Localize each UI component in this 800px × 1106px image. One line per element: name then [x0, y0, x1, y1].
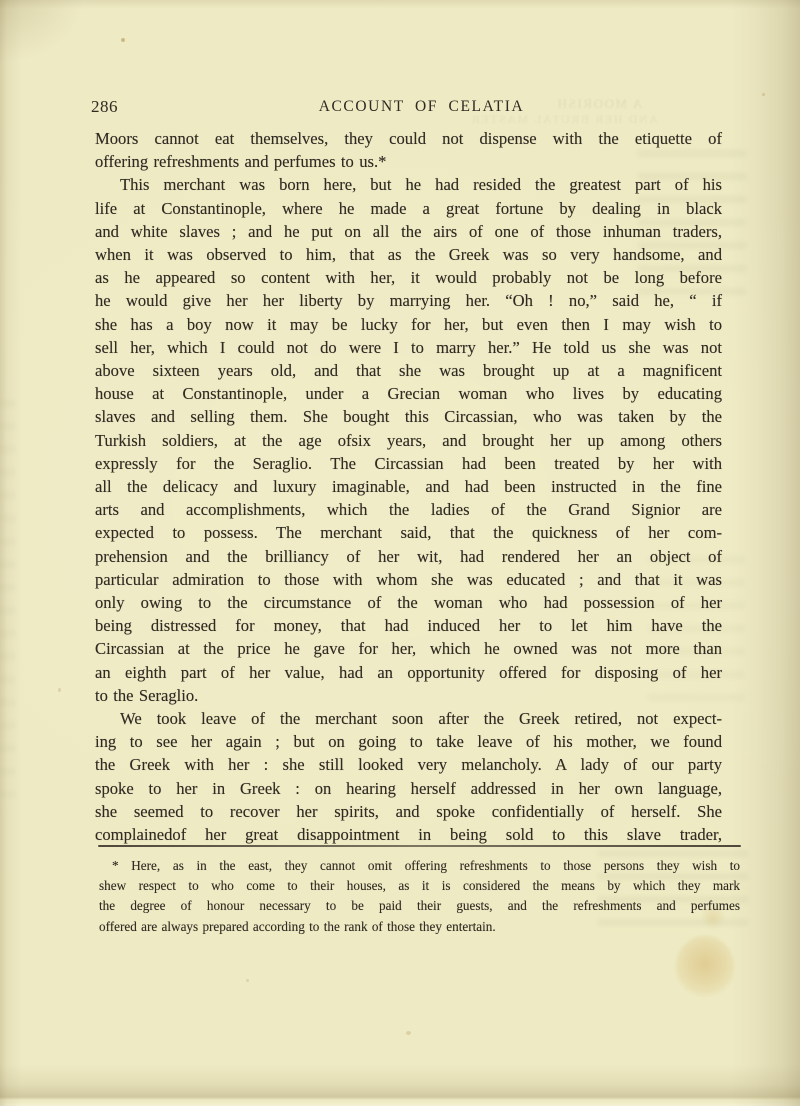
text-line: prehension and the brilliancy of her wit… — [95, 545, 722, 568]
text-line: house at Constantinople, under a Grecian… — [95, 382, 722, 405]
footnote-rule — [98, 845, 741, 847]
text-line: complainedof her great disappointment in… — [95, 823, 722, 846]
text-line: the degree of honour necessary to be pai… — [99, 896, 740, 916]
text-line: above sixteen years old, and that she wa… — [95, 359, 722, 382]
page-header: 286 ACCOUNT OF CELATIA — [95, 97, 722, 119]
paper-speck — [121, 38, 125, 42]
text-line: Turkish soldiers, at the age ofsix years… — [95, 429, 722, 452]
text-line: she seemed to recover her spirits, and s… — [95, 800, 722, 823]
running-title: ACCOUNT OF CELATIA — [95, 98, 722, 116]
paper-speck — [246, 979, 249, 982]
paper-speck — [762, 93, 765, 96]
book-page-scan: A MOORISH AND HER BRUTAL MASTER 286 ACCO… — [0, 0, 800, 1106]
text-line: to the Seraglio. — [95, 684, 722, 707]
text-line: only owing to the circumstance of the wo… — [95, 591, 722, 614]
text-line: when it was observed to him, that as the… — [95, 243, 722, 266]
text-line: all the delicacy and luxury imaginable, … — [95, 475, 722, 498]
paper-speck — [58, 688, 61, 692]
text-line: expected to possess. The merchant said, … — [95, 521, 722, 544]
text-line: the Greek with her : she still looked ve… — [95, 753, 722, 776]
paper-speck — [406, 1031, 411, 1035]
text-line: an eighth part of her value, had an oppo… — [95, 661, 722, 684]
text-line: expressly for the Seraglio. The Circassi… — [95, 452, 722, 475]
text-line: being distressed for money, that had ind… — [95, 614, 722, 637]
text-line: as he appeared so content with her, it w… — [95, 266, 722, 289]
footnote-text: * Here, as in the east, they cannot omit… — [99, 856, 740, 937]
text-line: ing to see her again ; but on going to t… — [95, 730, 722, 753]
show-through-ghost — [0, 400, 16, 800]
text-line: This merchant was born here, but he had … — [95, 173, 722, 196]
text-line: slaves and selling them. She bought this… — [95, 405, 722, 428]
paper-speck — [571, 207, 574, 210]
text-line: Moors cannot eat themselves, they could … — [95, 127, 722, 150]
paper-stain — [676, 936, 734, 998]
text-line: offered are always prepared according to… — [99, 917, 740, 937]
text-line: shew respect to who come to their houses… — [99, 876, 740, 896]
text-line: sell her, which I could not do were I to… — [95, 336, 722, 359]
text-line: Circassian at the price he gave for her,… — [95, 637, 722, 660]
text-line: offering refreshments and perfumes to us… — [95, 150, 722, 173]
text-line: particular admiration to those with whom… — [95, 568, 722, 591]
body-text: Moors cannot eat themselves, they could … — [95, 127, 722, 846]
text-line: * Here, as in the east, they cannot omit… — [99, 856, 740, 876]
text-line: and white slaves ; and he put on all the… — [95, 220, 722, 243]
text-line: spoke to her in Greek : on hearing herse… — [95, 777, 722, 800]
text-line: arts and accomplishments, which the ladi… — [95, 498, 722, 521]
text-line: We took leave of the merchant soon after… — [95, 707, 722, 730]
text-line: she has a boy now it may be lucky for he… — [95, 313, 722, 336]
text-line: he would give her her liberty by marryin… — [95, 289, 722, 312]
text-line: life at Constantinople, where he made a … — [95, 197, 722, 220]
